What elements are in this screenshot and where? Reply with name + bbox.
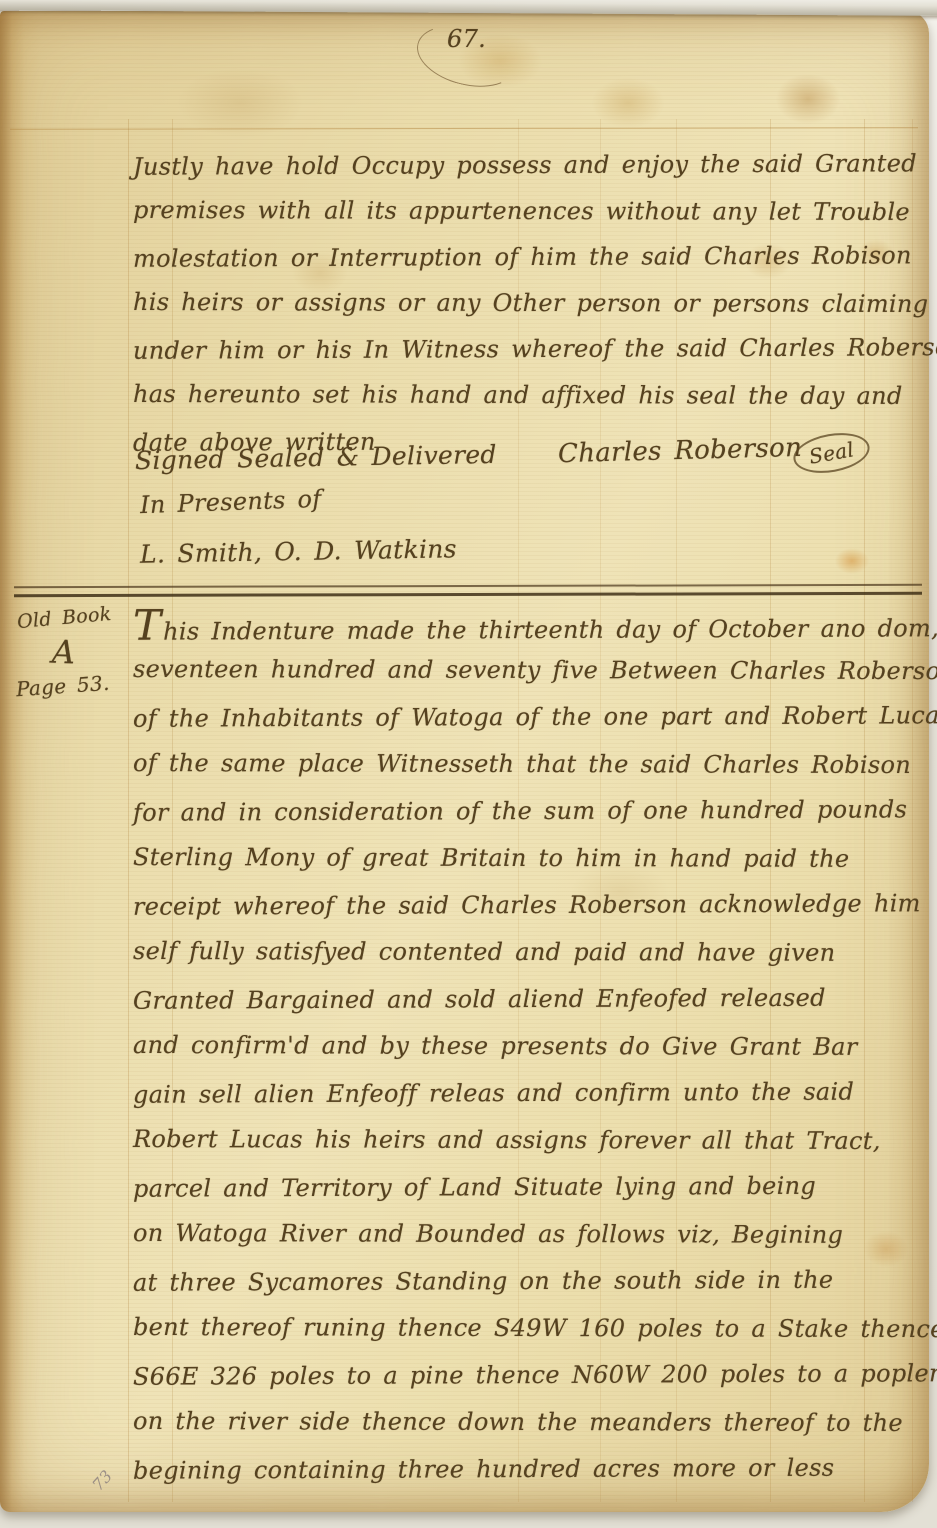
page-number: 67. — [447, 25, 486, 53]
text-line: gain sell alien Enfeoff releas and confi… — [133, 1068, 929, 1118]
text-line: at three Sycamores Standing on the south… — [133, 1256, 929, 1306]
scanned-document: 67. Justly have hold Occupy possess and … — [0, 0, 937, 1528]
signed-sealed-delivered-line: Signed Sealed & Delivered — [135, 440, 497, 475]
text-line: seventeen hundred and seventy five Betwe… — [133, 646, 929, 695]
text-line: self fully satisfyed contented and paid … — [133, 928, 929, 977]
text-line: Sterling Mony of great Britain to him in… — [133, 834, 929, 883]
text-line: has hereunto set his hand and affixed hi… — [133, 371, 929, 419]
text-line: premises with all its appurtenences with… — [133, 187, 929, 235]
text-line: bent thereof runing thence S49W 160 pole… — [133, 1304, 929, 1353]
text-line: on Watoga River and Bounded as follows v… — [133, 1210, 929, 1259]
text-line: for and in consideration of the sum of o… — [133, 786, 929, 836]
text-line: of the Inhabitants of Watoga of the one … — [133, 692, 929, 742]
text-line: begining containing three hundred acres … — [133, 1444, 929, 1494]
pencil-mark: 73 — [88, 1467, 116, 1495]
indenture-paragraph: This Indenture made the thirteenth day o… — [133, 600, 929, 1493]
margin-note-old-book: Old Book — [16, 603, 112, 633]
text-line: This Indenture made the thirteenth day o… — [133, 598, 929, 648]
in-presents-of-line: In Presents of — [140, 485, 322, 519]
text-line: Granted Bargained and sold aliend Enfeof… — [133, 974, 929, 1024]
text-line: Justly have hold Occupy possess and enjo… — [133, 140, 929, 189]
margin-note-book-letter: A — [51, 633, 76, 672]
text-line: S66E 326 poles to a pine thence N60W 200… — [133, 1350, 929, 1400]
text-line: his heirs or assigns or any Other person… — [133, 279, 929, 327]
text-line: molestation or Interruption of him the s… — [133, 232, 929, 281]
paragraph-continuation: Justly have hold Occupy possess and enjo… — [133, 142, 929, 464]
witnesses-names: L. Smith, O. D. Watkins — [140, 534, 457, 569]
text-line: parcel and Territory of Land Situate lyi… — [133, 1162, 929, 1212]
text-line: under him or his In Witness whereof the … — [133, 324, 929, 373]
margin-note-page-ref: Page 53. — [15, 671, 110, 701]
text-line: receipt whereof the said Charles Roberso… — [133, 880, 929, 930]
ruled-line-horizontal — [10, 127, 918, 130]
text-line: Robert Lucas his heirs and assigns forev… — [133, 1116, 929, 1165]
entry-divider-line — [14, 584, 922, 597]
ruled-line-vertical — [128, 119, 129, 1502]
text-line: on the river side thence down the meande… — [133, 1398, 929, 1447]
text-line: of the same place Witnesseth that the sa… — [133, 740, 929, 789]
signer-name: Charles Roberson — [558, 433, 803, 469]
document-page: 67. Justly have hold Occupy possess and … — [0, 11, 929, 1512]
text-line: and confirm'd and by these presents do G… — [133, 1022, 929, 1071]
